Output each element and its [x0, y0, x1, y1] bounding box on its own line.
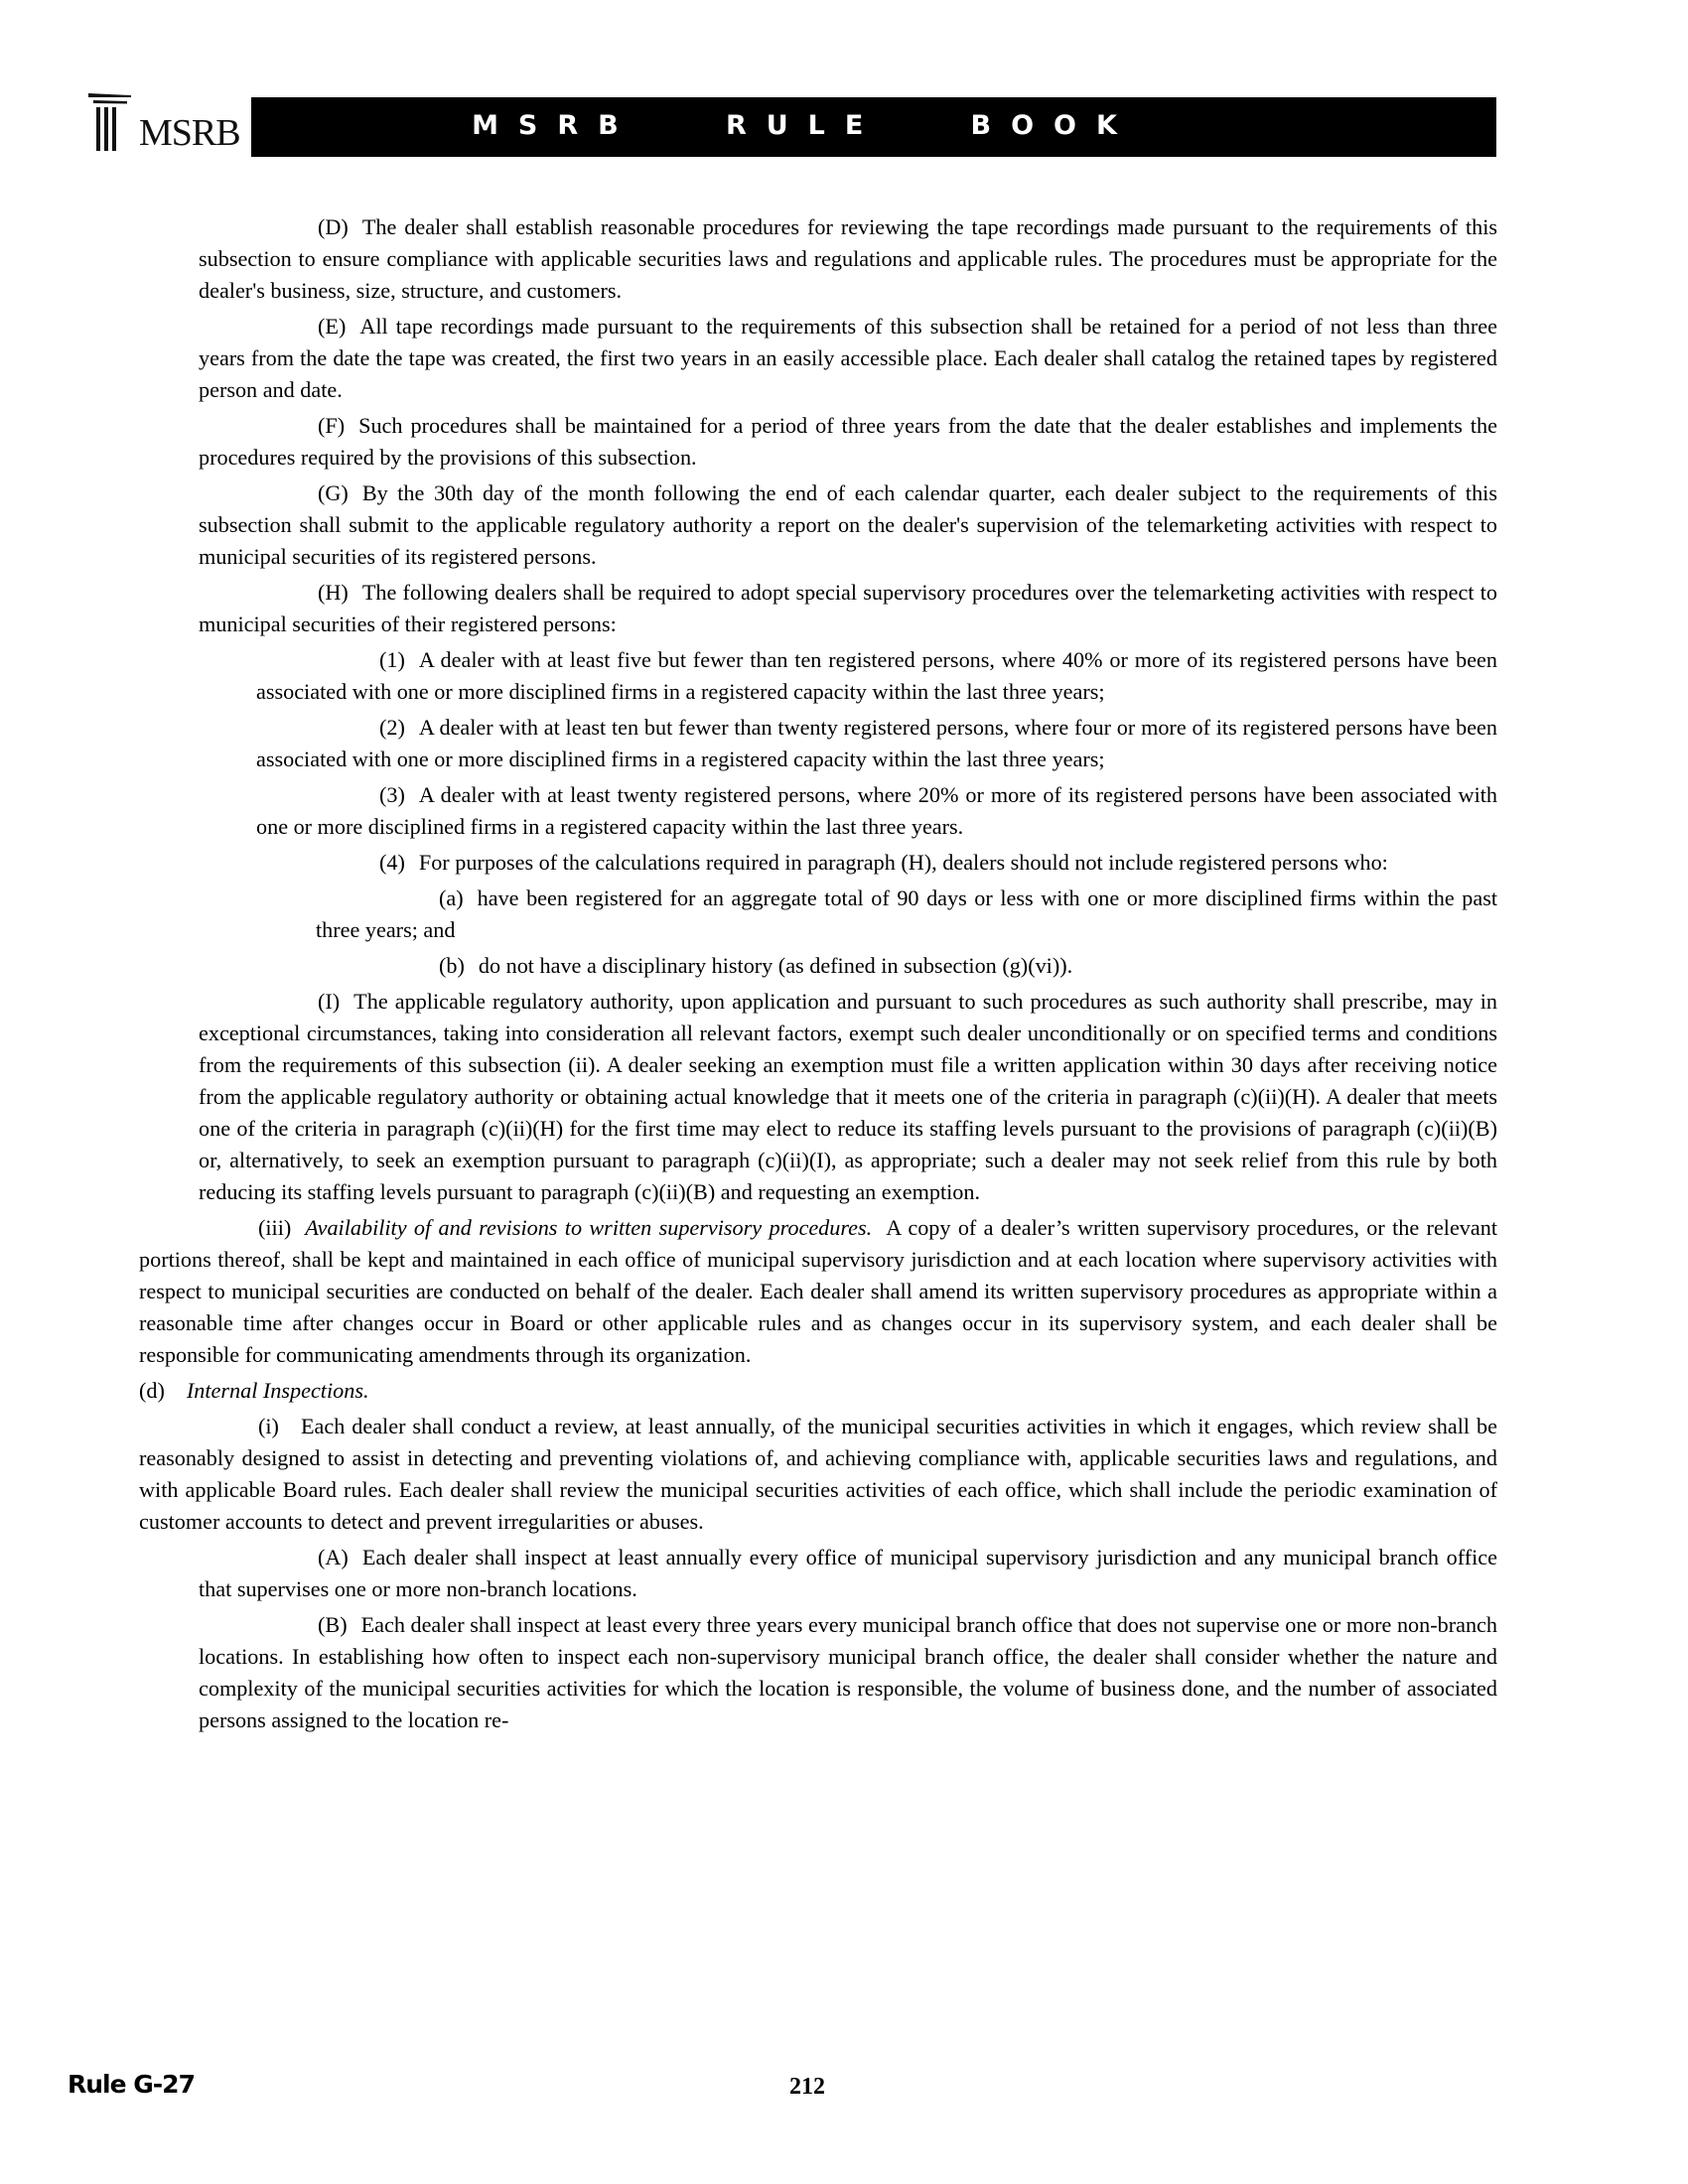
- paragraph-label: (a): [377, 883, 464, 914]
- paragraph-label: (4): [318, 847, 405, 879]
- paragraph-H-1: (1)A dealer with at least five but fewer…: [256, 644, 1497, 708]
- footer-rule-label: Rule G-27: [68, 2067, 195, 2103]
- paragraph-H-4-a: (a)have been registered for an aggregate…: [316, 883, 1497, 946]
- paragraph-E: (E)All tape recordings made pursuant to …: [199, 311, 1497, 406]
- paragraph-text: The dealer shall establish reasonable pr…: [199, 214, 1497, 303]
- paragraph-label: (A): [258, 1542, 349, 1573]
- paragraph-text: have been registered for an aggregate to…: [316, 886, 1497, 942]
- paragraph-label: (i): [199, 1411, 279, 1442]
- paragraph-label: (3): [318, 779, 405, 811]
- column-icon: [87, 91, 133, 153]
- paragraph-label: (H): [258, 577, 349, 609]
- paragraph-d-i: (i)Each dealer shall conduct a review, a…: [139, 1411, 1497, 1538]
- paragraph-label: (D): [258, 211, 349, 243]
- paragraph-H: (H)The following dealers shall be requir…: [199, 577, 1497, 640]
- page-number: 212: [789, 2069, 825, 2105]
- logo-text: MSRB: [139, 113, 240, 153]
- paragraph-label: (I): [258, 986, 340, 1018]
- paragraph-D: (D)The dealer shall establish reasonable…: [199, 211, 1497, 307]
- paragraph-F: (F)Such procedures shall be maintained f…: [199, 410, 1497, 474]
- paragraph-label: (b): [377, 950, 465, 982]
- paragraph-H-4-b: (b)do not have a disciplinary history (a…: [316, 950, 1497, 982]
- paragraph-text: A dealer with at least five but fewer th…: [256, 647, 1497, 704]
- paragraph-d-A: (A)Each dealer shall inspect at least an…: [199, 1542, 1497, 1605]
- paragraph-text: Each dealer shall inspect at least annua…: [199, 1545, 1497, 1601]
- paragraph-H-2: (2)A dealer with at least ten but fewer …: [256, 712, 1497, 775]
- paragraph-iii: (iii)Availability of and revisions to wr…: [139, 1212, 1497, 1371]
- paragraph-text: A dealer with at least ten but fewer tha…: [256, 715, 1497, 771]
- rule-book-banner: MSRB RULE BOOK: [251, 97, 1496, 157]
- paragraph-label: (2): [318, 712, 405, 744]
- paragraph-text: By the 30th day of the month following t…: [199, 480, 1497, 569]
- paragraph-label: (iii): [199, 1212, 291, 1244]
- msrb-logo: MSRB: [87, 91, 246, 157]
- paragraph-label: (F): [258, 410, 345, 442]
- banner-title: MSRB RULE BOOK: [251, 109, 1496, 143]
- section-label: (d): [139, 1375, 165, 1407]
- paragraph-heading: Availability of and revisions to written…: [305, 1215, 872, 1240]
- paragraph-G: (G)By the 30th day of the month followin…: [199, 478, 1497, 573]
- document-body: (D)The dealer shall establish reasonable…: [139, 211, 1497, 1740]
- paragraph-label: (G): [258, 478, 349, 509]
- paragraph-H-4: (4)For purposes of the calculations requ…: [256, 847, 1497, 879]
- paragraph-text: For purposes of the calculations require…: [419, 850, 1388, 875]
- paragraph-H-3: (3)A dealer with at least twenty registe…: [256, 779, 1497, 843]
- paragraph-text: The following dealers shall be required …: [199, 580, 1497, 636]
- section-d-heading: (d)Internal Inspections.: [139, 1375, 1497, 1407]
- paragraph-text: The applicable regulatory authority, upo…: [199, 989, 1497, 1204]
- paragraph-text: Each dealer shall conduct a review, at l…: [139, 1414, 1497, 1534]
- paragraph-text: Each dealer shall inspect at least every…: [199, 1612, 1497, 1732]
- paragraph-I: (I)The applicable regulatory authority, …: [199, 986, 1497, 1208]
- paragraph-label: (1): [318, 644, 405, 676]
- paragraph-text: All tape recordings made pursuant to the…: [199, 314, 1497, 402]
- section-title: Internal Inspections.: [187, 1378, 369, 1403]
- page-header: MSRB MSRB RULE BOOK: [0, 0, 1688, 169]
- paragraph-label: (E): [258, 311, 346, 342]
- paragraph-label: (B): [258, 1609, 348, 1641]
- paragraph-text: do not have a disciplinary history (as d…: [479, 953, 1072, 978]
- paragraph-text: A dealer with at least twenty registered…: [256, 782, 1497, 839]
- paragraph-d-B: (B)Each dealer shall inspect at least ev…: [199, 1609, 1497, 1736]
- paragraph-text: Such procedures shall be maintained for …: [199, 413, 1497, 470]
